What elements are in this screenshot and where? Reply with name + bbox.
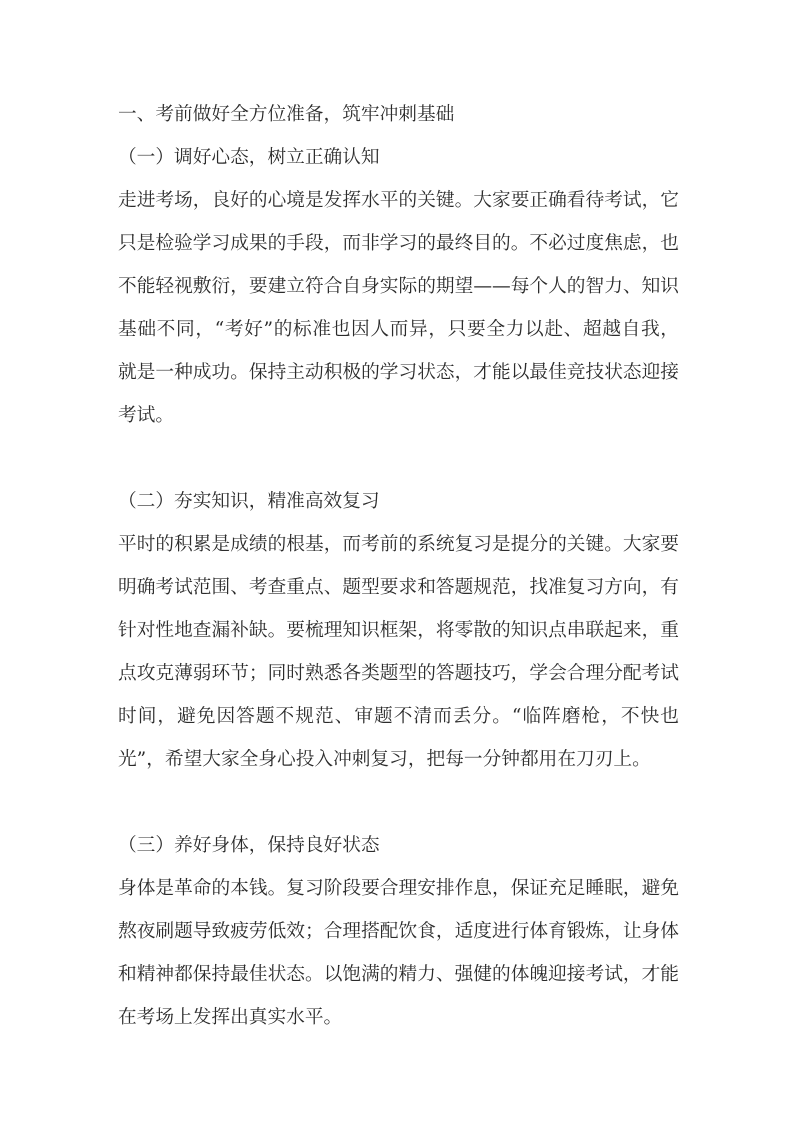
section-2: （二）夯实知识，精准高效复习 平时的积累是成绩的根基，而考前的系统复习是提分的关… xyxy=(118,480,679,781)
section-3-body: 身体是革命的本钱。复习阶段要合理安排作息，保证充足睡眠，避免熬夜刷题导致疲劳低效… xyxy=(118,867,679,1039)
document-title: 一、考前做好全方位准备，筑牢冲刺基础 xyxy=(118,93,679,136)
section-1: （一）调好心态，树立正确认知 走进考场，良好的心境是发挥水平的关键。大家要正确看… xyxy=(118,136,679,437)
document-page: 一、考前做好全方位准备，筑牢冲刺基础 （一）调好心态，树立正确认知 走进考场，良… xyxy=(0,0,793,1122)
section-1-body: 走进考场，良好的心境是发挥水平的关键。大家要正确看待考试，它只是检验学习成果的手… xyxy=(118,179,679,437)
section-1-heading: （一）调好心态，树立正确认知 xyxy=(118,136,679,179)
section-3: （三）养好身体，保持良好状态 身体是革命的本钱。复习阶段要合理安排作息，保证充足… xyxy=(118,824,679,1039)
section-2-body: 平时的积累是成绩的根基，而考前的系统复习是提分的关键。大家要明确考试范围、考查重… xyxy=(118,523,679,781)
document-content: 一、考前做好全方位准备，筑牢冲刺基础 （一）调好心态，树立正确认知 走进考场，良… xyxy=(118,93,679,1039)
section-3-heading: （三）养好身体，保持良好状态 xyxy=(118,824,679,867)
section-2-heading: （二）夯实知识，精准高效复习 xyxy=(118,480,679,523)
